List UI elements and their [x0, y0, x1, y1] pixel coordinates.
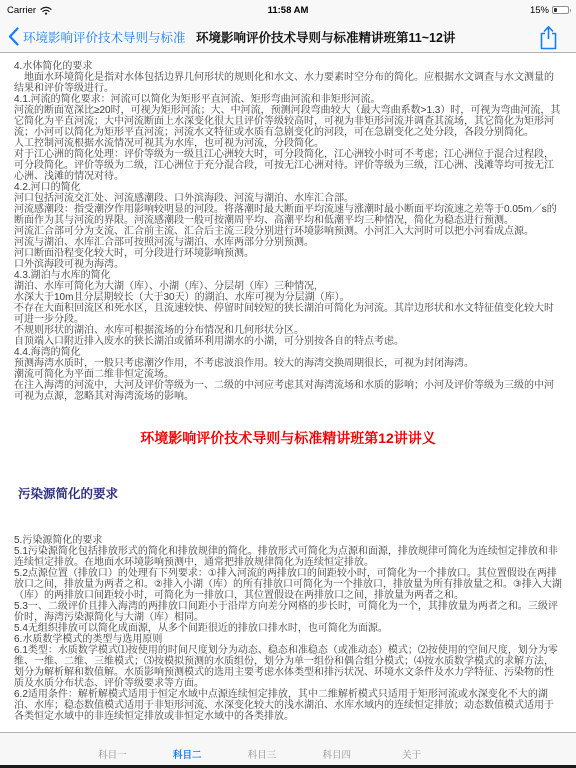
clock: 11:58 AM [0, 5, 576, 16]
tab-item[interactable]: 科目四 [299, 733, 374, 766]
paragraph: 5.1污染源简化包括排放形式的简化和排放规律的简化。排放形式可简化为点源和面源，… [14, 546, 562, 568]
tab-group: 科目一科目二科目三科目四关于 [75, 733, 449, 766]
paragraph: 河流汇合部可分为支流、汇合前主流、汇合后主流三段分别进行环境影响预测。小河汇入大… [14, 226, 562, 237]
paragraph: 6.1类型：水质数学模式⑴按使用的时间尺度划分为动态、稳态和准稳态（或准动态）模… [14, 645, 562, 689]
paragraph: 5.3一、二级评价且排入海湾的两排放口间距小于沿岸方向差分网格的步长时，可简化为… [14, 601, 562, 623]
tab-item[interactable]: 科目一 [75, 733, 150, 766]
paragraph: 4.4.海湾的简化 [14, 347, 562, 358]
paragraph: 口外滨海段可视为海湾。 [14, 259, 562, 270]
page-title: 环境影响评价技术导则与标准精讲班第11~12讲 [196, 20, 455, 53]
chevron-left-icon [8, 27, 19, 46]
paragraph: 潮流可简化为平面二维非恒定流场。 [14, 369, 562, 380]
paragraph: 河流感潮段：指受潮汐作用影响较明显的河段。将落潮时最大断面平均流速与涨潮时最小断… [14, 204, 562, 226]
paragraph: 5.4无组织排放可以简化成面源，从多个间距很近的排放口排水时，也可简化为面源。 [14, 623, 562, 634]
paragraph: 4.2.河口的简化 [14, 182, 562, 193]
paragraph: 不存在大面积回流区和死水区，且流速较快、停留时间较短的狭长湖泊可简化为河流。其岸… [14, 303, 562, 325]
paragraph: 河流与湖泊、水库汇合部可按照河流与湖泊、水库两部分分别预测。 [14, 237, 562, 248]
content-part1: 4.水体简化的要求 地面水环境简化是指对水体包括边界几何形状的规则化和水文、水力… [14, 61, 562, 402]
back-button-label: 环境影响评价技术导则与标准 [23, 28, 186, 46]
paragraph: 不规则形状的湖泊、水库可根据流场的分布情况和几何形状分区。 [14, 325, 562, 336]
navigation-bar: 环境影响评价技术导则与标准 环境影响评价技术导则与标准精讲班第11~12讲 [0, 20, 576, 53]
tab-item[interactable]: 科目三 [225, 733, 300, 766]
tab-item[interactable]: 关于 [374, 733, 449, 766]
paragraph: 河口包括河流交汇处、河流感潮段、口外滨海段、河流与湖泊、水库汇合部。 [14, 193, 562, 204]
content-part2: 5.污染源简化的要求5.1污染源简化包括排放形式的简化和排放规律的简化。排放形式… [14, 535, 562, 722]
battery-percent: 15% [530, 5, 549, 16]
section-heading: 污染源简化的要求 [18, 484, 562, 502]
paragraph: 6.水质数学模式的类型与选用原则 [14, 634, 562, 645]
app-screen: Carrier 11:58 AM 15% 环境影响评价技术导则与标准 [0, 0, 576, 768]
share-icon [538, 25, 559, 51]
paragraph: 预测海湾水质时，一般只考虑潮汐作用，不考虑波浪作用。较大的海湾交换周期很长，可视… [14, 358, 562, 369]
paragraph: 自顶端入口附近排入废水的狭长湖泊或循环利用湖水的小湖，可分别按各自的特点考虑。 [14, 336, 562, 347]
paragraph: 4.水体简化的要求 [14, 61, 562, 72]
tab-item[interactable]: 科目二 [150, 733, 225, 766]
back-button[interactable]: 环境影响评价技术导则与标准 [8, 20, 186, 53]
paragraph: 5.污染源简化的要求 [14, 535, 562, 546]
paragraph: 人工控制河流根据水流情况可视其为水库，也可视为河流，分段简化。 [14, 138, 562, 149]
paragraph: 6.2适用条件：解析解模式适用于恒定水域中点源连续恒定排放，其中二维解析模式只适… [14, 689, 562, 722]
paragraph: 湖泊、水库可简化为大湖（库）、小湖（库）、分层胡（库）三种情况, [14, 281, 562, 292]
paragraph: 地面水环境简化是指对水体包括边界几何形状的规则化和水文、水力要素时空分布的简化。… [14, 72, 562, 94]
paragraph: 在注入海湾的河流中，大河及评价等级为一、二级的中河应考虑其对海湾流场和水质的影响… [14, 380, 562, 402]
paragraph: 对于江心洲的简化处理：评价等级为一级且江心洲较大时，可分段简化，江心洲较小时可不… [14, 149, 562, 182]
paragraph: 5.2点源位置（排放口）的处理有下列要求：①排入河流的两排放口的间距较小时，可简… [14, 568, 562, 601]
lecture-heading: 环境影响评价技术导则与标准精讲班第12讲讲义 [14, 428, 562, 448]
paragraph: 4.3.湖泊与水库的简化 [14, 270, 562, 281]
share-button[interactable] [536, 24, 560, 51]
document-scroll-view[interactable]: 4.水体简化的要求 地面水环境简化是指对水体包括边界几何形状的规则化和水文、水力… [0, 54, 576, 732]
tab-bar: 科目一科目二科目三科目四关于 [0, 732, 576, 765]
status-bar: Carrier 11:58 AM 15% [0, 0, 576, 20]
paragraph: 河流的断面宽深比≥20时，可视为矩形河流；大、中河流，预测河段弯曲较大（最大弯曲… [14, 105, 562, 138]
paragraph: 水深大于10m且分层期较长（大于30天）的湖泊、水库可视为分层湖（库）。 [14, 292, 562, 303]
paragraph: 4.1.河流的简化要求：河流可以简化为矩形平直河流、矩形弯曲河流和非矩形河流。 [14, 94, 562, 105]
paragraph: 河口断面沿程变化较大时，可分段进行环境影响预测。 [14, 248, 562, 259]
battery-icon [552, 6, 569, 14]
